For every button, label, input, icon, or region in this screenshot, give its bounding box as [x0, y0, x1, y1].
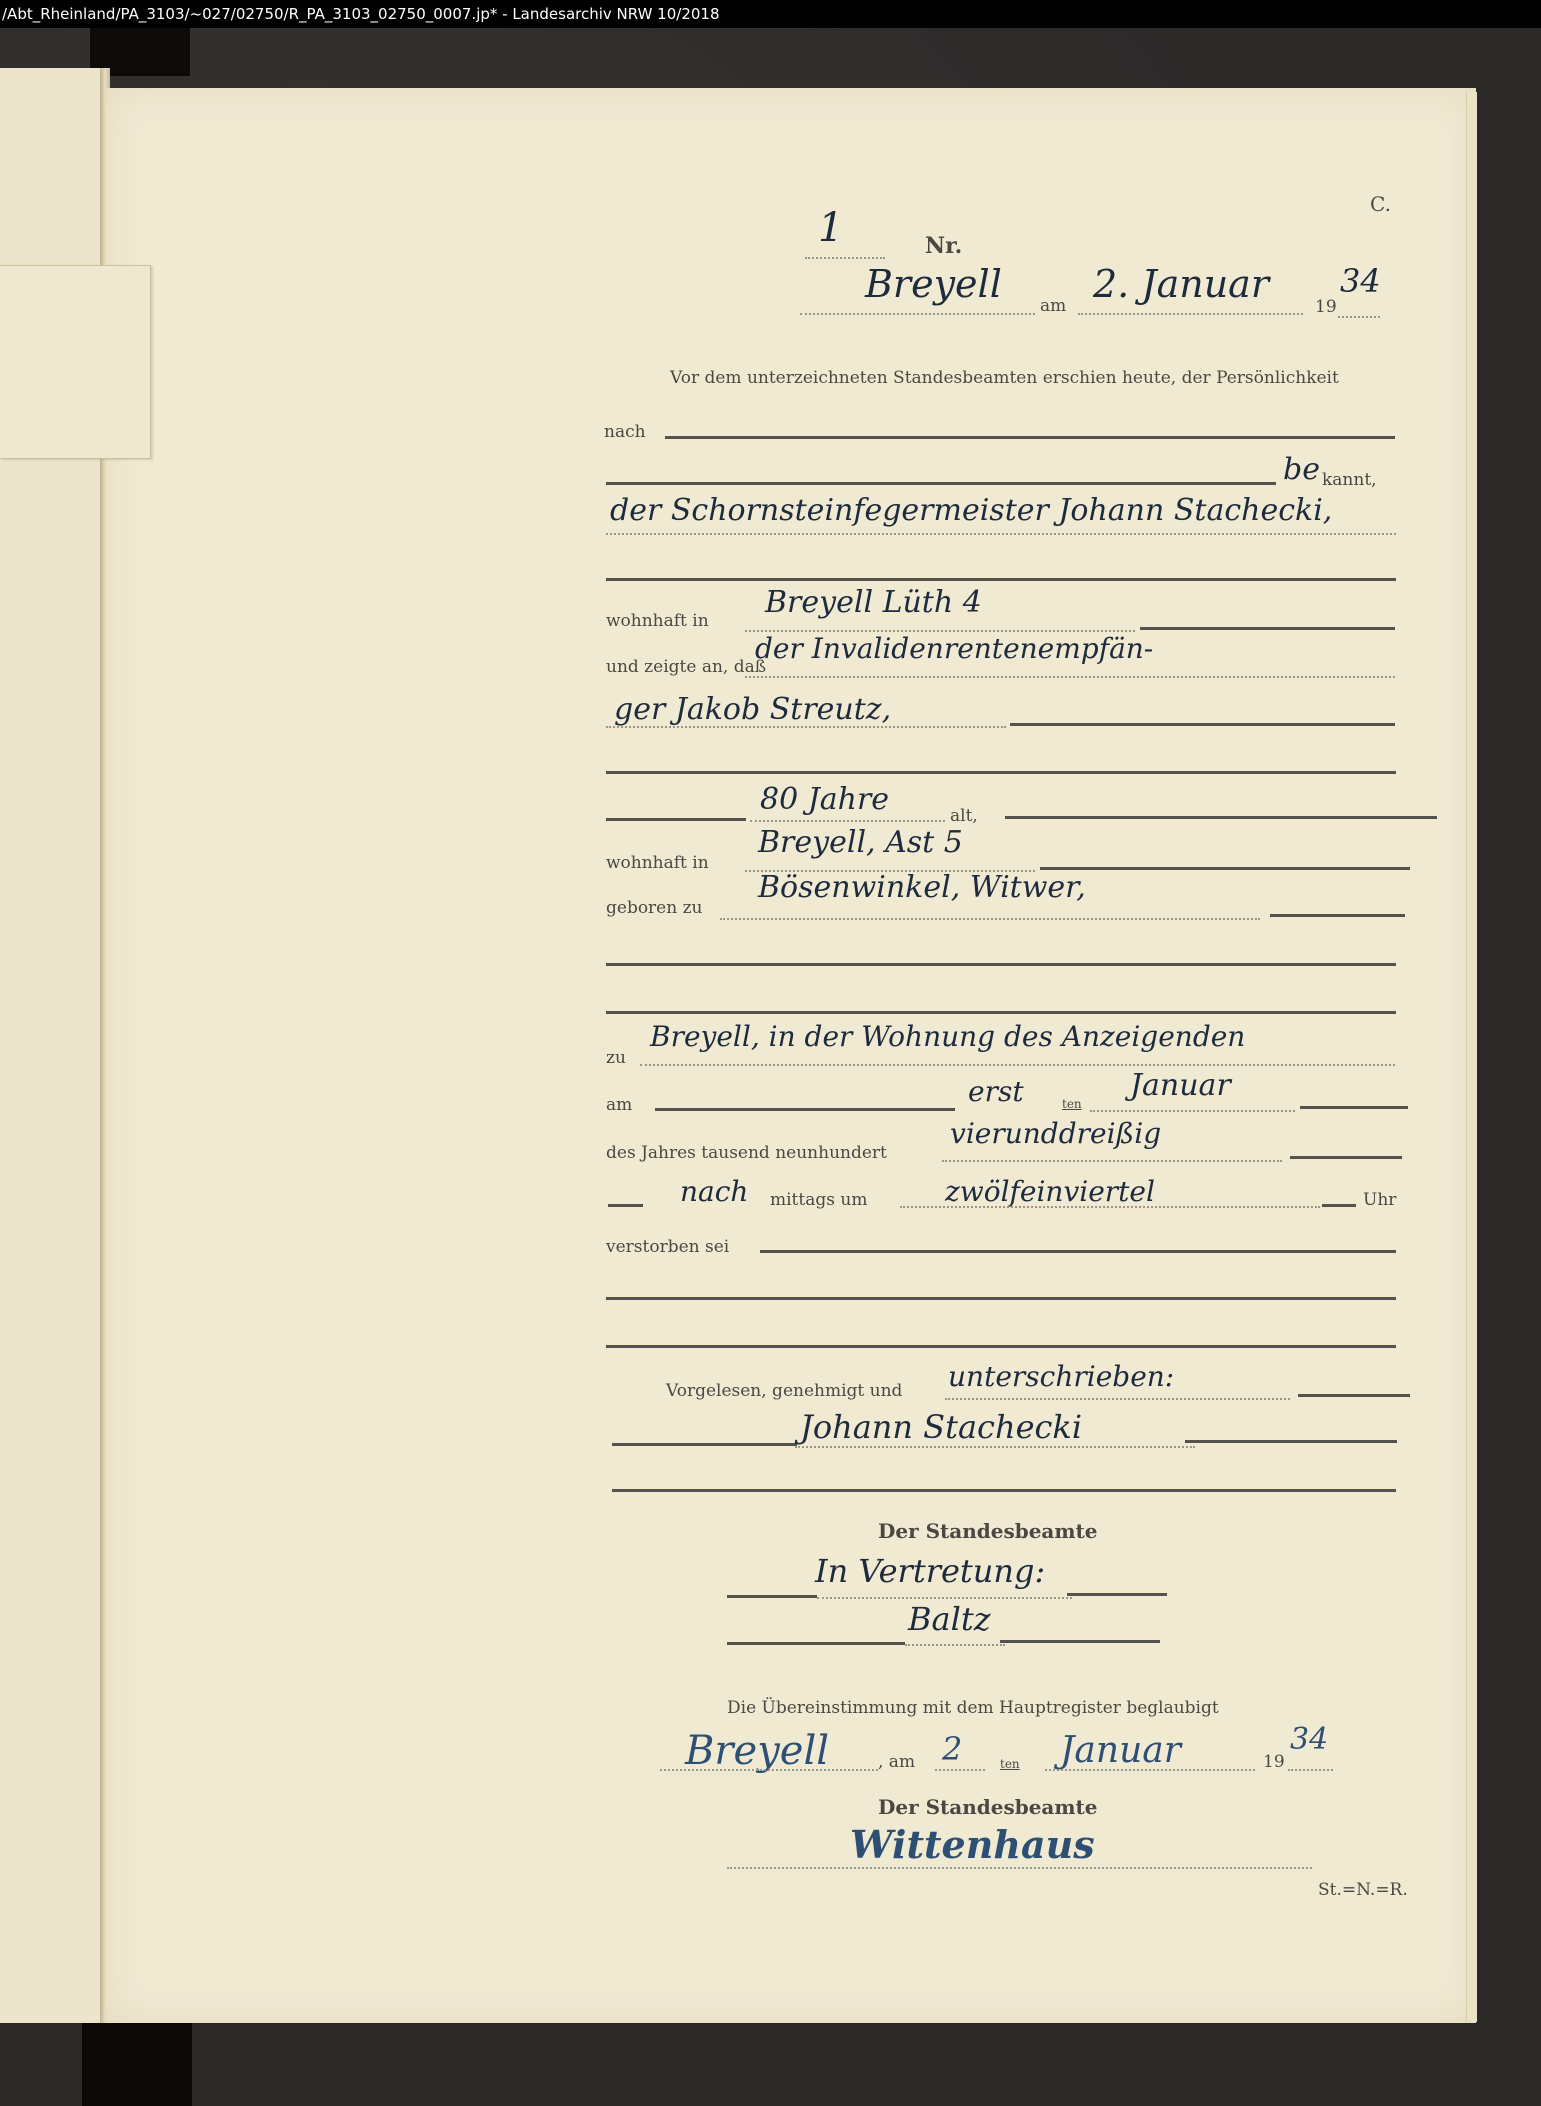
cert-day: 2	[942, 1730, 962, 1768]
place-dotline	[800, 313, 1035, 315]
nach-label: nach	[604, 422, 646, 442]
deceased-line-1: der Invalidenrentenempfän-	[755, 632, 1153, 665]
intro-text: Vor dem unterzeichneten Standesbeamten e…	[670, 368, 1339, 388]
registrar-line-2-right	[1000, 1640, 1160, 1643]
date-dotline	[1078, 313, 1303, 315]
informant-dotline	[606, 533, 1396, 535]
cert-year-prefix: 19	[1263, 1752, 1285, 1772]
bekannt-print: kannt,	[1322, 470, 1377, 490]
registrar-line-1-right	[1067, 1593, 1167, 1596]
cert-registrar-title: Der Standesbeamte	[878, 1795, 1098, 1819]
blank-line-2	[606, 771, 1396, 774]
born-value: Bösenwinkel, Witwer,	[758, 870, 1086, 905]
number-dotline	[805, 257, 885, 259]
registrar-deputy: In Vertretung:	[815, 1552, 1045, 1590]
year-words-dotline	[942, 1160, 1282, 1162]
registrar-dotline-2	[905, 1644, 1005, 1646]
cert-signature: Wittenhaus	[850, 1822, 1095, 1867]
year-label: des Jahres tausend neunhundert	[606, 1143, 887, 1163]
cert-month-dotline	[1045, 1769, 1255, 1771]
cert-signature-dotline	[727, 1867, 1312, 1869]
cert-year-dotline	[1288, 1769, 1333, 1771]
death-date-line	[655, 1108, 955, 1111]
deceased-dotline	[606, 726, 1006, 728]
informant-occupation-name: der Schornsteinfegermeister Johann Stach…	[610, 493, 1332, 528]
age-dotline	[750, 820, 945, 822]
number-label: Nr.	[925, 233, 962, 259]
died-label: verstorben sei	[606, 1237, 729, 1257]
deceased-residence-label: wohnhaft in	[606, 853, 709, 873]
time-line-right	[1322, 1204, 1356, 1207]
death-month-line	[1300, 1106, 1408, 1109]
spine-shadow-bottom	[82, 2022, 192, 2106]
death-month: Januar	[1130, 1068, 1231, 1103]
cert-year-suffix: 34	[1290, 1722, 1328, 1757]
signature-line-left	[612, 1443, 797, 1446]
death-ten-label: ten	[1062, 1097, 1082, 1111]
mittags-label: mittags um	[770, 1190, 867, 1210]
signature-dotline	[795, 1446, 1195, 1448]
death-place: Breyell, in der Wohnung des Anzeigenden	[650, 1020, 1245, 1053]
born-line	[1270, 914, 1405, 917]
deceased-line	[1010, 723, 1395, 726]
deceased-residence: Breyell, Ast 5	[758, 825, 963, 860]
born-label: geboren zu	[606, 898, 703, 918]
born-dotline	[720, 918, 1260, 920]
header-place: Breyell	[865, 262, 1002, 306]
read-dotline	[945, 1398, 1290, 1400]
time-dotline	[900, 1206, 1320, 1208]
viewer-title: /Abt_Rheinland/PA_3103/~027/02750/R_PA_3…	[2, 5, 720, 23]
blank-line-5	[606, 1297, 1396, 1300]
header-year-prefix: 19	[1315, 297, 1337, 317]
blank-line-3	[606, 963, 1396, 966]
cert-month: Januar	[1060, 1730, 1181, 1771]
cert-day-dotline	[935, 1769, 985, 1771]
year-words: vierunddreißig	[950, 1117, 1161, 1150]
deceased-line-2: ger Jakob Streutz,	[614, 692, 891, 727]
time-line-left	[608, 1204, 643, 1207]
record-number: 1	[818, 205, 843, 251]
deceased-residence-line	[1040, 867, 1410, 870]
blank-line-1	[606, 578, 1396, 581]
read-value: unterschrieben:	[948, 1360, 1174, 1393]
cert-place-dotline	[660, 1769, 878, 1771]
registrar-dotline-1	[817, 1597, 1072, 1599]
inserted-slip	[0, 265, 151, 459]
certification-text: Die Übereinstimmung mit dem Hauptregiste…	[727, 1698, 1219, 1718]
registrar-title: Der Standesbeamte	[878, 1519, 1098, 1543]
informant-residence: Breyell Lüth 4	[765, 585, 982, 620]
header-date: 2. Januar	[1093, 262, 1269, 306]
cert-place: Breyell	[685, 1728, 829, 1774]
time-words: zwölfeinviertel	[945, 1175, 1155, 1208]
death-place-dotline	[640, 1064, 1395, 1066]
form-code: St.=N.=R.	[1318, 1880, 1408, 1900]
bekannt-hand: be	[1283, 452, 1320, 487]
cert-ten: ten	[1000, 1757, 1020, 1771]
year-dotline	[1338, 316, 1380, 318]
registrar-line-1-left	[727, 1595, 817, 1598]
informant-residence-label: wohnhaft in	[606, 611, 709, 631]
declared-dotline	[745, 676, 1395, 678]
age-label: alt,	[950, 806, 978, 826]
header-am: am	[1040, 296, 1066, 316]
bekannt-line	[606, 482, 1276, 485]
viewer-title-bar: /Abt_Rheinland/PA_3103/~027/02750/R_PA_3…	[0, 0, 1541, 28]
time-period: nach	[680, 1175, 748, 1208]
blank-line-6	[606, 1345, 1396, 1348]
page-edge	[1466, 92, 1477, 2022]
blank-line-4	[606, 1011, 1396, 1014]
cert-am: , am	[878, 1752, 915, 1772]
death-month-dotline	[1090, 1110, 1295, 1112]
year-words-line	[1290, 1156, 1402, 1159]
registrar-signature: Baltz	[908, 1600, 991, 1638]
age-value: 80 Jahre	[760, 782, 889, 817]
read-label: Vorgelesen, genehmigt und	[666, 1381, 902, 1401]
declared-label: und zeigte an, daß	[606, 657, 766, 677]
informant-signature: Johann Stachecki	[800, 1408, 1082, 1446]
signature-line-right	[1185, 1440, 1397, 1443]
uhr-label: Uhr	[1363, 1190, 1396, 1210]
read-line	[1298, 1394, 1410, 1397]
age-line-left	[606, 818, 746, 821]
nach-line	[665, 436, 1395, 439]
header-year-suffix: 34	[1340, 262, 1381, 300]
informant-residence-line	[1140, 627, 1395, 630]
death-day: erst	[968, 1075, 1024, 1108]
registrar-line-2-left	[727, 1642, 905, 1645]
corner-mark: C.	[1370, 192, 1391, 216]
age-line-right	[1005, 816, 1437, 819]
death-date-label: am	[606, 1095, 632, 1115]
death-place-label: zu	[606, 1048, 626, 1068]
blank-line-7	[612, 1489, 1396, 1492]
died-line	[760, 1250, 1396, 1253]
